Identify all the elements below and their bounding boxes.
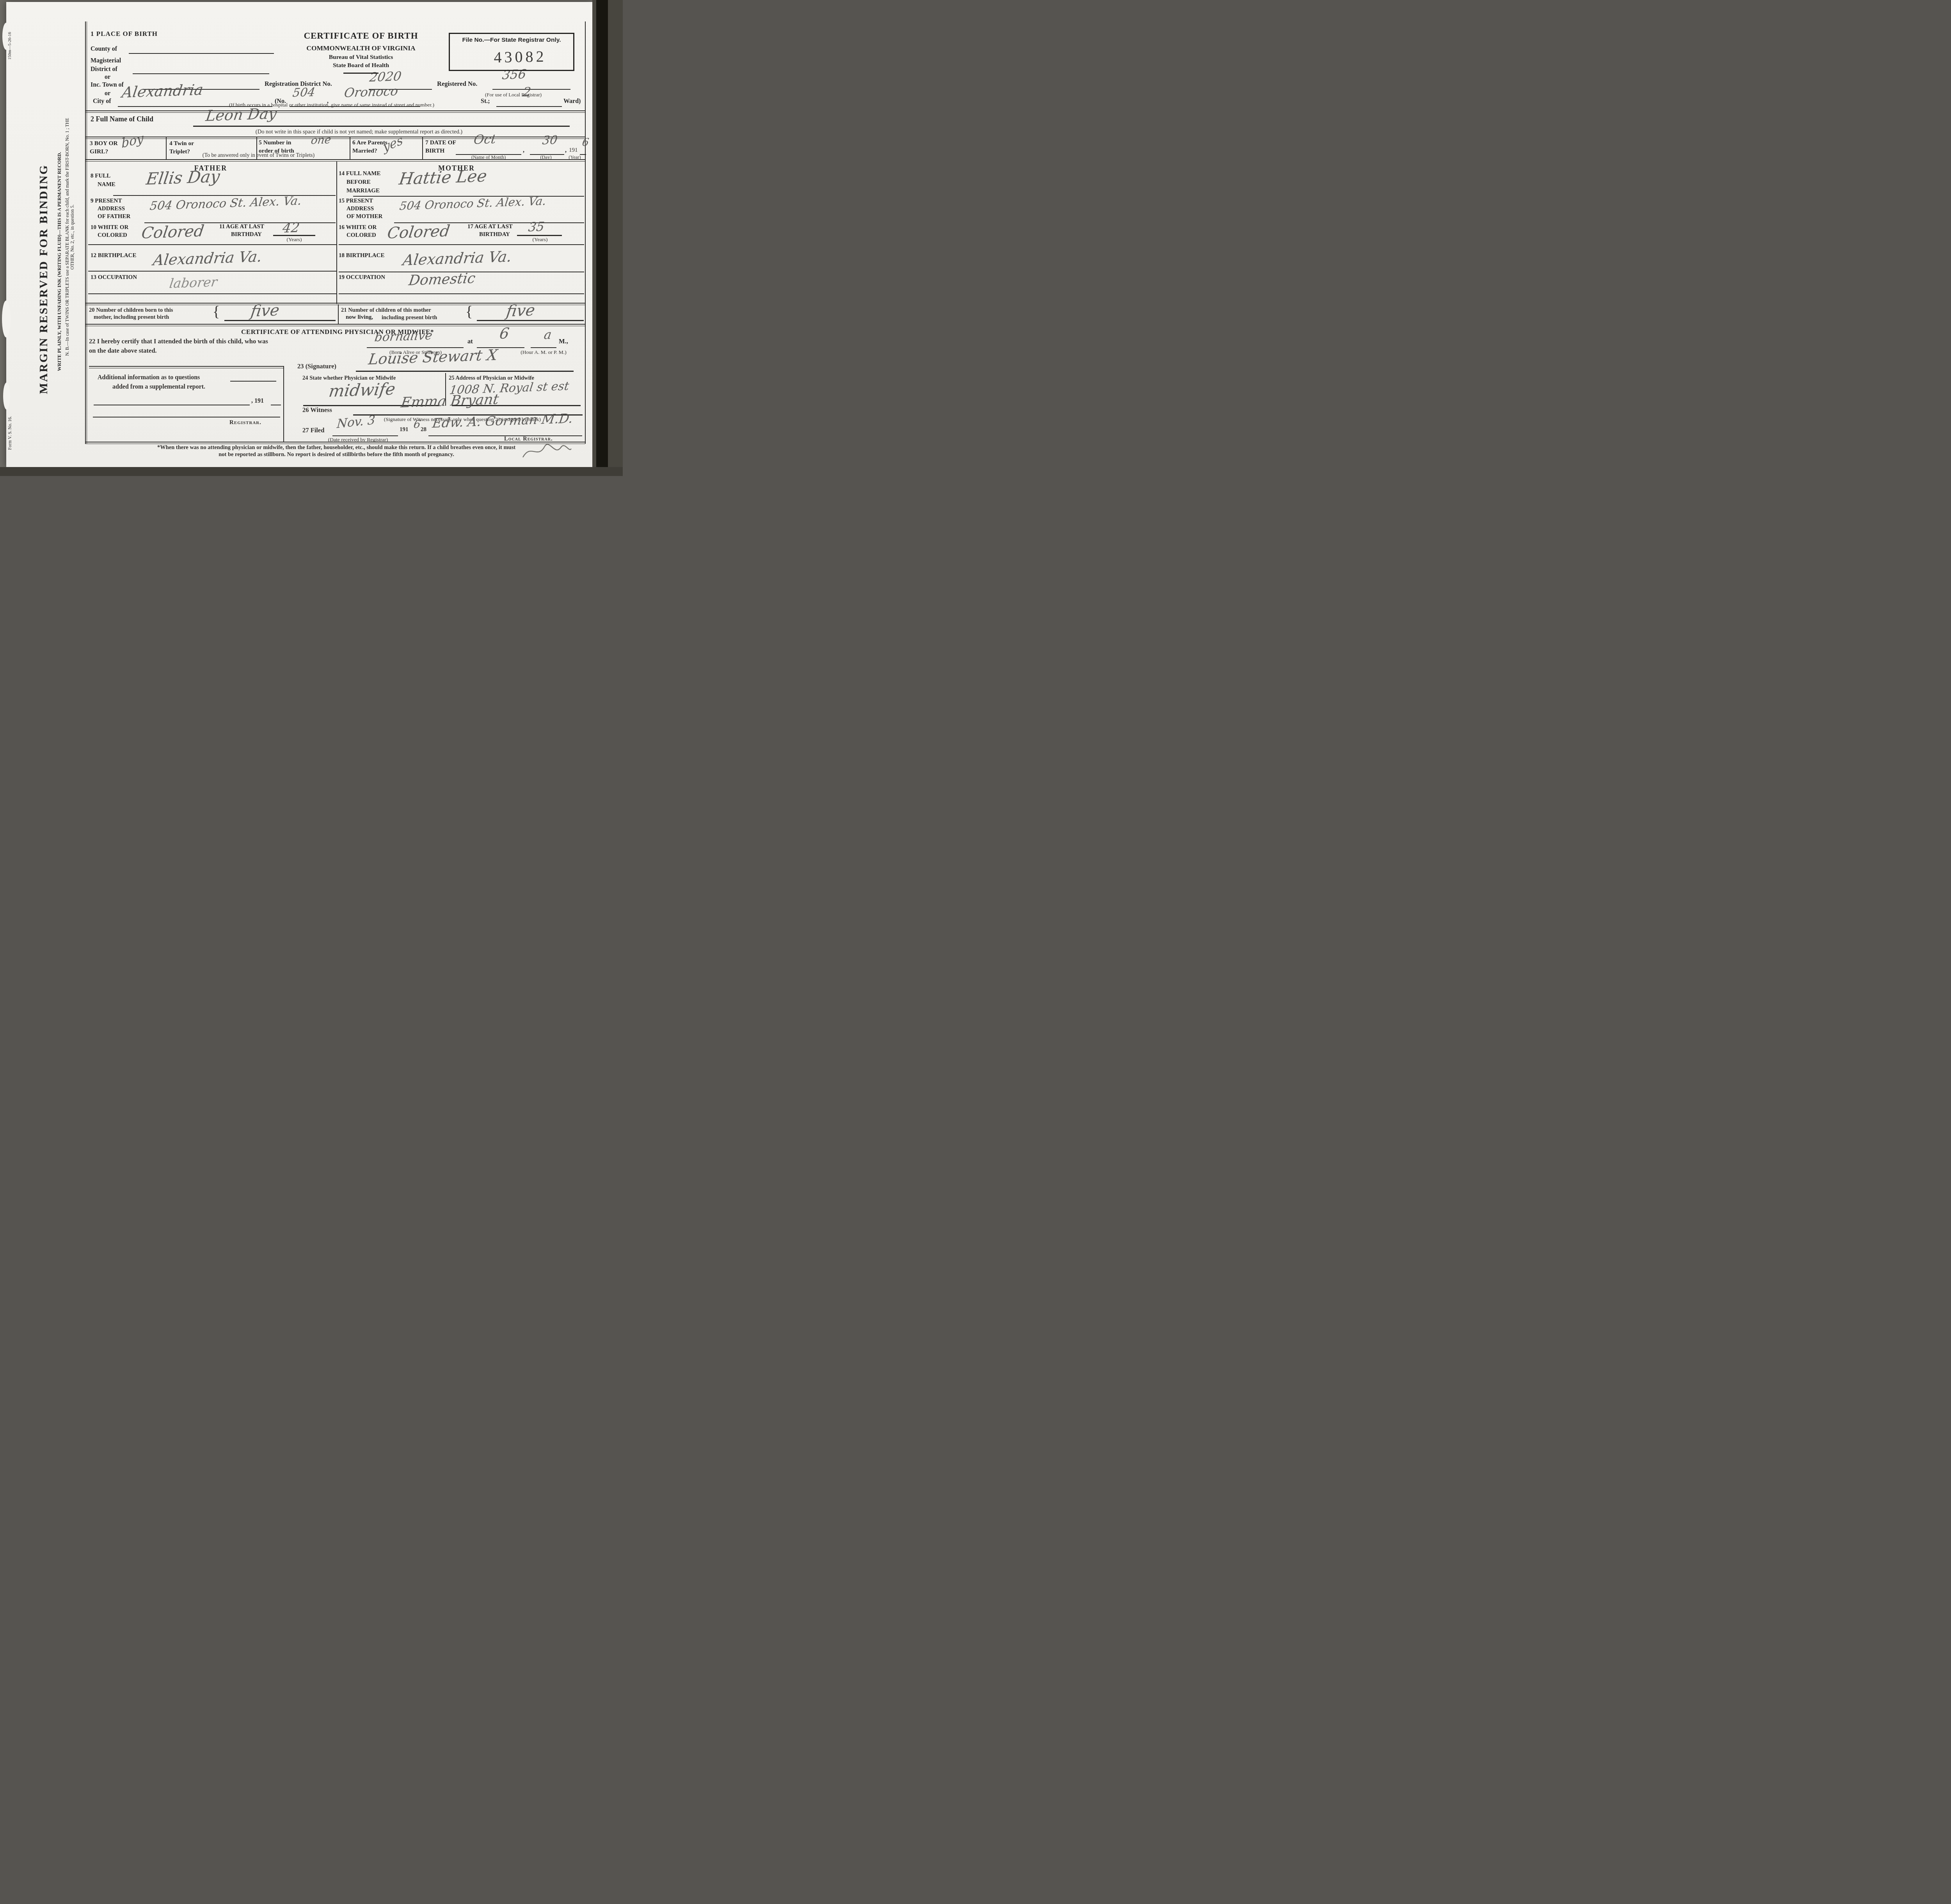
city-value: Alexandria (121, 82, 204, 100)
district-label: District of (91, 66, 117, 73)
mother-age-value: 35 (528, 220, 545, 233)
father-age-label: 11 AGE AT LAST (219, 224, 264, 230)
child-name-line (193, 126, 570, 127)
children-living-label-2a: now living, (346, 314, 373, 321)
mother-address-label: 15 PRESENT (339, 198, 373, 204)
scanned-birth-certificate: 150m—5-26-16 MARGIN RESERVED FOR BINDING… (0, 0, 623, 476)
father-address-label-3: OF FATHER (98, 214, 130, 220)
born-alive-value: bornalive (374, 330, 433, 344)
mother-age-line (517, 235, 562, 236)
supplemental-box-top (89, 366, 284, 368)
margin-write-plainly-text: WRITE PLAINLY, WITH UNFADING INK (WRITIN… (57, 78, 64, 445)
child-name-value: Leon Day (205, 106, 278, 123)
father-birthplace-value: Alexandria Va. (152, 249, 263, 268)
section-divider (85, 110, 585, 113)
children-born-label: 20 Number of children born to this (89, 307, 173, 313)
bureau-subtitle: Bureau of Vital Statistics (289, 54, 433, 60)
twins-note: (To be answered only in event of Twins o… (172, 153, 345, 159)
mother-age-label: 17 AGE AT LAST (467, 224, 513, 230)
registration-district-value: 2020 (369, 70, 402, 83)
brace-21: { (466, 304, 473, 320)
certify-line-2: on the date above stated. (89, 347, 157, 354)
supplemental-registrar-label: Registrar. (229, 420, 261, 426)
father-name-label: 8 FULL (91, 173, 110, 179)
district-blank-line (133, 73, 269, 74)
certificate-title: CERTIFICATE OF BIRTH (289, 31, 433, 41)
mother-birthplace-value: Alexandria Va. (402, 249, 513, 268)
registered-no-label: Registered No. (437, 80, 477, 87)
ward-label: Ward) (563, 98, 581, 105)
filed-date-line (332, 435, 398, 436)
or-label-1: or (105, 74, 110, 81)
local-registrar-use-note: (For use of Local Registrar) (485, 92, 542, 98)
registered-no-line (492, 89, 570, 90)
birth-day-value: 30 (542, 135, 558, 147)
comma-after-month: , (523, 147, 524, 154)
ward-blank-line (496, 106, 562, 107)
father-color-row-line (88, 244, 336, 245)
mother-color-value: Colored (386, 223, 451, 241)
signature-value: Louise Stewart X (368, 347, 499, 367)
father-mother-divider (336, 162, 337, 304)
margin-binding-text: MARGIN RESERVED FOR BINDING (37, 140, 55, 417)
mother-address-label-3: OF MOTHER (346, 214, 382, 220)
form-left-border (85, 21, 87, 444)
child-name-label: 2 Full Name of Child (91, 115, 153, 123)
children-living-label-2b: including present birth (382, 315, 437, 321)
witness-label: 26 Witness (302, 407, 332, 413)
supplemental-line1-rule (230, 381, 276, 382)
mother-age-label-2: BIRTHDAY (479, 232, 510, 238)
form-number: Form V. S. No. 16. (8, 404, 12, 462)
mother-color-row-line (339, 244, 584, 245)
hour-note: (Hour A. M. or P. M.) (503, 350, 585, 355)
mother-name-line (353, 196, 584, 197)
file-no-box-label: File No.—For State Registrar Only. (450, 37, 573, 43)
footnote-line1: *When there was no attending physician o… (87, 445, 586, 451)
mother-occupation-value: Domestic (408, 272, 476, 288)
mother-color-label: 16 WHITE OR (339, 225, 377, 231)
brace-20: { (213, 304, 220, 320)
twin-label: 4 Twin or (169, 140, 194, 147)
inc-town-label: Inc. Town of (91, 82, 124, 89)
supplemental-line2: added from a supplemental report. (112, 384, 205, 391)
mother-birthplace-label: 18 BIRTHPLACE (339, 253, 384, 259)
day-note: (Day) (528, 155, 564, 160)
title-underline (343, 73, 378, 74)
date-of-birth-label: 7 DATE OF (425, 140, 456, 146)
street-name-value: Oronoco (343, 85, 399, 99)
or-label-2: or (105, 91, 110, 97)
supplemental-line1: Additional information as to questions (98, 375, 200, 381)
house-number-value: 504 (292, 87, 316, 99)
scan-black-band (596, 0, 608, 476)
father-name-value: Ellis Day (145, 168, 221, 187)
county-label: County of (91, 46, 117, 53)
father-age-label-2: BIRTHDAY (231, 232, 262, 238)
children-born-line (224, 320, 336, 321)
mother-color-label-2: COLORED (346, 233, 376, 239)
file-no-stamp: 43082 (473, 48, 567, 66)
father-name-label-2: NAME (98, 182, 115, 188)
address-physician-label: 25 Address of Physician or Midwife (449, 375, 534, 381)
margin-nb-line1: N. B.—In case of TWINS OR TRIPLETS use a… (65, 21, 70, 453)
supplemental-box-right (283, 366, 284, 442)
county-blank-line (129, 53, 274, 54)
witness-value: Emma Bryant (400, 393, 500, 410)
boy-or-girl-label-2: GIRL? (90, 149, 108, 155)
father-occupation-line (88, 293, 336, 294)
boy-or-girl-label: 3 BOY OR (90, 140, 118, 147)
place-of-birth-label: 1 PLACE OF BIRTH (91, 30, 158, 37)
signature-label: 23 (Signature) (297, 363, 336, 369)
filed-year-prefix: 191 (400, 427, 409, 433)
margin-nb-note: N. B.—In case of TWINS OR TRIPLETS use a… (65, 21, 76, 453)
father-occupation-value: laborer (169, 275, 218, 290)
cell-divider (422, 137, 423, 159)
parents-married-label-2: Married? (352, 148, 377, 154)
magisterial-label: Magisterial (91, 58, 121, 64)
certify-line: 22 I hereby certify that I attended the … (89, 338, 268, 345)
file-no-box: File No.—For State Registrar Only. 43082 (449, 33, 574, 71)
date-of-birth-label-2: BIRTH (425, 148, 444, 154)
father-age-value: 42 (282, 221, 300, 235)
father-address-label: 9 PRESENT (91, 198, 122, 204)
children-living-label: 21 Number of children of this mother (341, 307, 431, 313)
children-born-label-2: mother, including present birth (94, 314, 169, 320)
supplemental-date-rule (94, 405, 250, 405)
year-prefix: 191 (569, 147, 578, 154)
mother-address-label-2: ADDRESS (346, 206, 374, 212)
q28-label: 28 (421, 427, 426, 433)
form-bottom-border (85, 442, 585, 444)
filed-label: 27 Filed (302, 427, 324, 433)
year-note: (Year) (563, 155, 587, 160)
mother-occupation-line (339, 293, 584, 294)
mother-name-label: 14 FULL NAME (339, 171, 381, 177)
children-living-value: five (505, 302, 536, 319)
signature-line (356, 371, 574, 372)
children-born-value: five (250, 302, 281, 319)
birth-month-value: Oct (473, 133, 497, 146)
supplemental-year-rule (271, 405, 281, 405)
form-right-border (585, 21, 586, 444)
father-address-label-2: ADDRESS (98, 206, 125, 212)
m-label: M., (559, 338, 568, 345)
print-code: 150m—5-26-16 (8, 19, 12, 73)
father-years-note: (Years) (274, 237, 315, 242)
mother-occupation-label: 19 OCCUPATION (339, 275, 385, 281)
torn-edge (2, 300, 11, 337)
comma-after-day: , (565, 147, 567, 154)
physician-certificate-title: CERTIFICATE OF ATTENDING PHYSICIAN OR MI… (191, 329, 484, 336)
supplemental-year-prefix: , 191 (251, 398, 264, 405)
father-color-value: Colored (140, 223, 205, 241)
cell-divider (338, 304, 339, 324)
row-divider (85, 137, 585, 139)
father-birthplace-line (88, 271, 336, 272)
supplemental-sign-rule (93, 417, 280, 417)
midwife-value: midwife (328, 381, 396, 400)
child-name-note: (Do not write in this space if child is … (203, 129, 515, 135)
footnote-line2: not be reported as stillborn. No report … (87, 452, 586, 458)
mother-years-note: (Years) (519, 237, 561, 242)
father-age-line (273, 235, 315, 236)
row-divider (85, 324, 585, 326)
month-note: (Name of Month) (456, 155, 521, 160)
scan-background-bottom (0, 467, 623, 476)
margin-nb-line2: OTHER, No. 2, etc., in question 5. (70, 21, 75, 453)
father-occupation-label: 13 OCCUPATION (91, 275, 137, 281)
cell-divider (350, 137, 350, 159)
commonwealth-subtitle: COMMONWEALTH OF VIRGINIA (289, 44, 433, 52)
children-living-line (477, 320, 584, 321)
mother-name-value: Hattie Lee (398, 168, 488, 187)
father-color-label-2: COLORED (98, 233, 127, 239)
city-label: City of (93, 98, 111, 105)
father-birthplace-label: 12 BIRTHPLACE (91, 253, 136, 259)
at-label: at (467, 338, 473, 345)
father-color-label: 10 WHITE OR (91, 225, 128, 231)
birth-order-value: one (310, 134, 332, 146)
cell-divider (166, 137, 167, 159)
birth-order-label: 5 Number in (259, 140, 291, 146)
mother-name-label-2: BEFORE (346, 179, 371, 186)
mother-name-label-3: MARRIAGE (346, 188, 380, 194)
board-subtitle: State Board of Health (289, 62, 433, 69)
ampm-line (531, 347, 556, 348)
